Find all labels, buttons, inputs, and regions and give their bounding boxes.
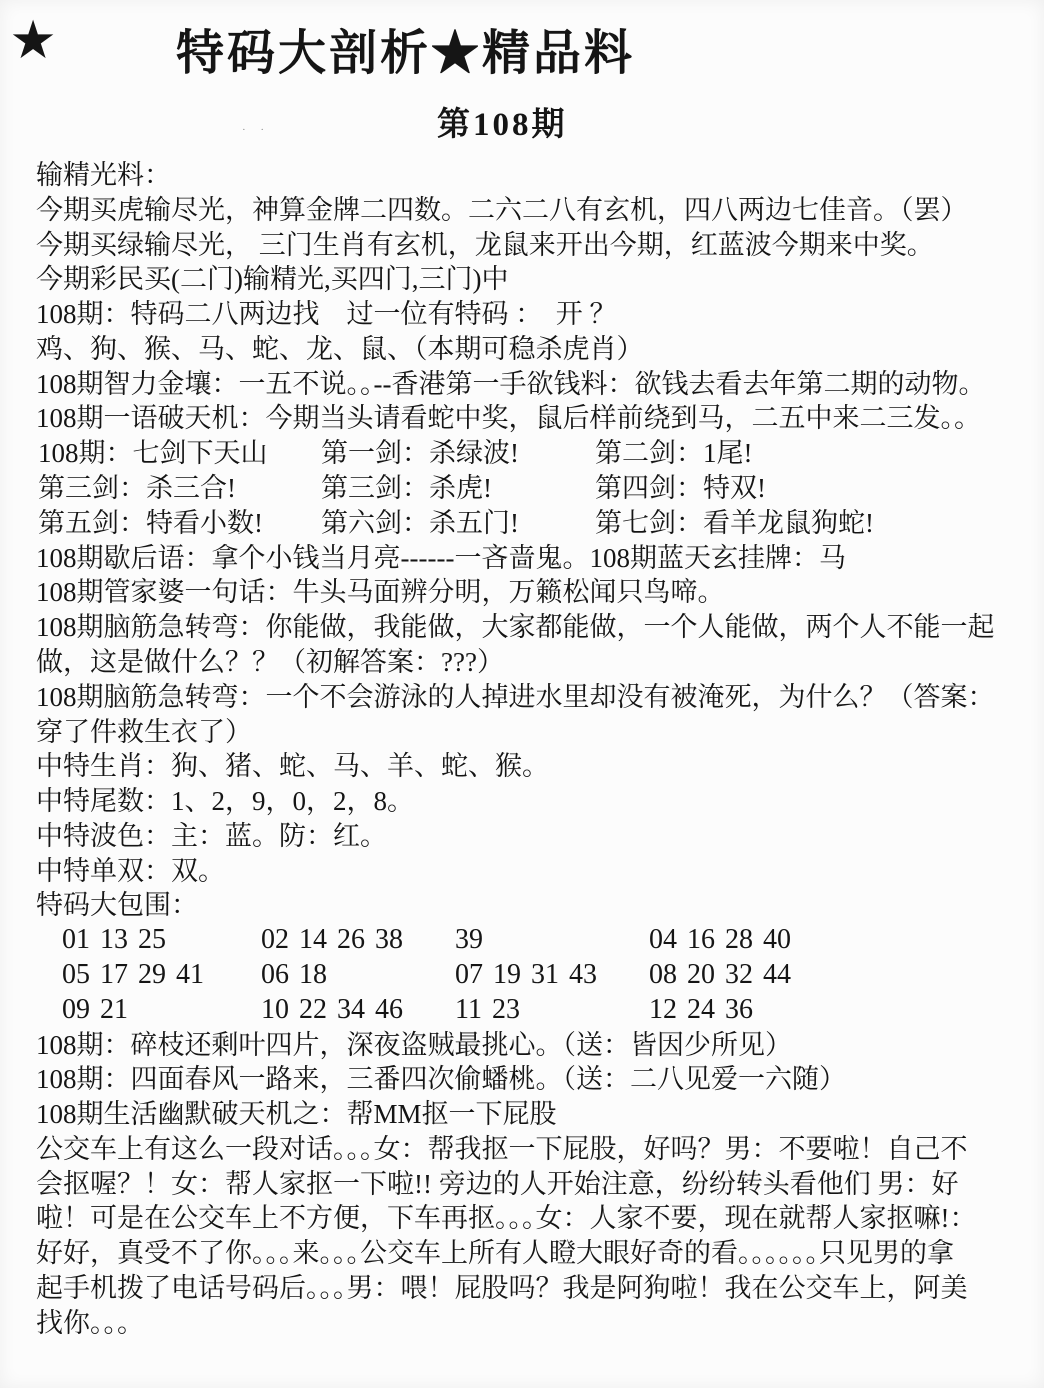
text-line: 做，这是做什么？？（初解答案：???） — [36, 645, 1036, 680]
sword-cell: 第三剑：杀三合! — [38, 471, 321, 506]
sword-cell: 第一剑：杀绿波! — [321, 436, 595, 471]
number-cell: 01 13 25 — [62, 923, 261, 958]
scan-artifact: · · — [242, 124, 270, 136]
text-line: 鸡、狗、猴、马、蛇、龙、鼠、（本期可稳杀虎肖） — [36, 332, 1036, 367]
text-line: 108期歇后语：拿个小钱当月亮------一吝啬鬼。108期蓝天玄挂牌：马 — [36, 541, 1036, 576]
text-line: 108期脑筋急转弯：一个不会游泳的人掉进水里却没有被淹死，为什么？（答案： — [36, 680, 1036, 715]
number-table-row: 01 13 25 02 14 26 38 39 04 16 28 40 — [36, 923, 1036, 958]
text-line: 108期一语破天机：今期当头请看蛇中奖，鼠后样前绕到马，二五中来二三发｡｡ — [36, 401, 1036, 436]
number-table-row: 09 21 10 22 34 46 11 23 12 24 36 — [36, 993, 1036, 1028]
text-line: 找你｡｡｡ — [36, 1306, 1036, 1341]
sword-cell: 第七剑：看羊龙鼠狗蛇! — [595, 506, 1036, 541]
document-page: ★ 特码大剖析★精品料 第108期 · · 输精光料： 今期买虎输尽光，神算金牌… — [0, 0, 1044, 1388]
number-cell: 05 17 29 41 — [62, 958, 261, 993]
text-line: 108期生活幽默破天机之：帮MM抠一下屁股 — [36, 1097, 1036, 1132]
text-line: 今期彩民买(二门)输精光,买四门,三门)中 — [36, 262, 1036, 297]
number-table-row: 05 17 29 41 06 18 07 19 31 43 08 20 32 4… — [36, 958, 1036, 993]
number-cell: 06 18 — [261, 958, 455, 993]
text-line: 穿了件救生衣了） — [36, 715, 1036, 750]
text-line: 中特生肖：狗、猪、蛇、马、羊、蛇、猴。 — [36, 749, 1036, 784]
text-line: 起手机拨了电话号码后｡｡｡男：喂！屁股吗？我是阿狗啦！我在公交车上，阿美 — [36, 1271, 1036, 1306]
text-line: 108期：特码二八两边找 过一位有特码 ： 开 ？ — [36, 297, 1036, 332]
number-cell: 12 24 36 — [649, 993, 1036, 1028]
text-line: 中特尾数：1、2，9，0，2，8。 — [36, 784, 1036, 819]
text-line: 啦！可是在公交车上不方便，下车再抠｡｡｡女：人家不要，现在就帮人家抠嘛!： — [36, 1201, 1036, 1236]
sword-row: 第五剑：特看小数! 第六剑：杀五门! 第七剑：看羊龙鼠狗蛇! — [36, 506, 1036, 541]
sword-cell: 第五剑：特看小数! — [38, 506, 321, 541]
text-line: 输精光料： — [36, 158, 1036, 193]
page-title: 特码大剖析★精品料 — [176, 14, 635, 83]
text-line: 今期买虎输尽光，神算金牌二四数。二六二八有玄机，四八两边七佳音。（罢） — [36, 193, 1036, 228]
text-line: 中特单双：双。 — [36, 854, 1036, 889]
number-cell: 02 14 26 38 — [261, 923, 455, 958]
issue-number: 第108期 — [437, 98, 568, 145]
sword-cell: 第三剑：杀虎! — [321, 471, 595, 506]
number-cell: 08 20 32 44 — [649, 958, 1036, 993]
text-line: 特码大包围： — [36, 888, 1036, 923]
text-line: 108期管家婆一句话：牛头马面辨分明，万籁松闻只鸟啼。 — [36, 575, 1036, 610]
text-line: 会抠喔？！女：帮人家抠一下啦!! 旁边的人开始注意，纷纷转头看他们 男：好 — [36, 1167, 1036, 1202]
sword-cell: 第二剑：1尾! — [595, 436, 1036, 471]
number-cell: 09 21 — [62, 993, 261, 1028]
text-line: 公交车上有这么一段对话｡｡｡女：帮我抠一下屁股，好吗？男：不要啦！自己不 — [36, 1132, 1036, 1167]
text-line: 中特波色：主：蓝。防：红。 — [36, 819, 1036, 854]
text-line: 好好，真受不了你｡｡｡来｡｡｡公交车上所有人瞪大眼好奇的看｡｡｡｡｡｡只见男的拿 — [36, 1236, 1036, 1271]
number-cell: 04 16 28 40 — [649, 923, 1036, 958]
document-body: 输精光料： 今期买虎输尽光，神算金牌二四数。二六二八有玄机，四八两边七佳音。（罢… — [36, 158, 1036, 1341]
number-cell: 11 23 — [455, 993, 649, 1028]
number-cell: 10 22 34 46 — [261, 993, 455, 1028]
sword-row: 108期：七剑下天山 第一剑：杀绿波! 第二剑：1尾! — [36, 436, 1036, 471]
number-cell: 39 — [455, 923, 649, 958]
text-line: 108期智力金壤：一五不说｡｡--香港第一手欲钱料：欲钱去看去年第二期的动物。 — [36, 367, 1036, 402]
sword-row: 第三剑：杀三合! 第三剑：杀虎! 第四剑：特双! — [36, 471, 1036, 506]
number-cell: 07 19 31 43 — [455, 958, 649, 993]
sword-cell: 第六剑：杀五门! — [321, 506, 595, 541]
star-icon: ★ — [12, 18, 54, 65]
sword-cell: 108期：七剑下天山 — [38, 436, 321, 471]
text-line: 108期脑筋急转弯：你能做，我能做，大家都能做，一个人能做，两个人不能一起 — [36, 610, 1036, 645]
text-line: 108期：碎枝还剩叶四片，深夜盗贼最挑心。（送：皆因少所见） — [36, 1028, 1036, 1063]
sword-cell: 第四剑：特双! — [595, 471, 1036, 506]
text-line: 今期买绿输尽光， 三门生肖有玄机，龙鼠来开出今期，红蓝波今期来中奖。 — [36, 228, 1036, 263]
text-line: 108期：四面春风一路来，三番四次偷蟠桃。（送：二八见爱一六随） — [36, 1062, 1036, 1097]
